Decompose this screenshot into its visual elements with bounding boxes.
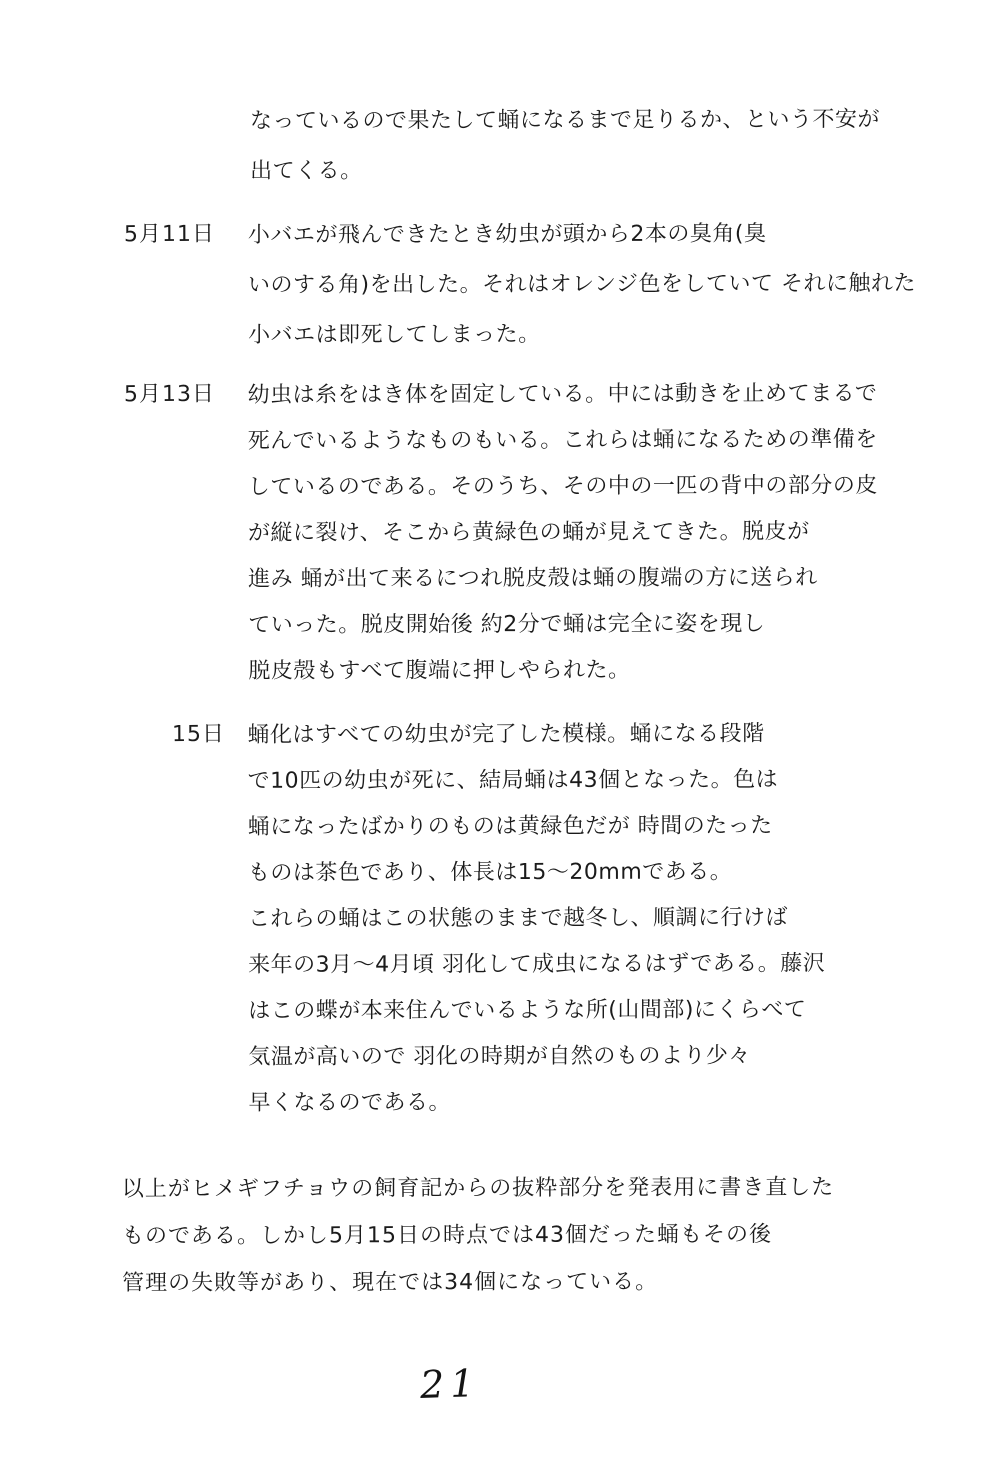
text-line: 小バエは即死してしまった。 <box>248 309 916 361</box>
text-line: 進み 蛹が出て来るにつれ脱皮殻は蛹の腹端の方に送られ <box>248 555 878 603</box>
entry-date-may-11: 5月11日 <box>124 210 215 260</box>
text-line: で10匹の幼虫が死に、結局蛹は43個となった。色は <box>248 757 825 805</box>
text-line: ものである。しかし5月15日の時点では43個だった蛹もその後 <box>122 1211 834 1260</box>
text-line: ものは茶色であり、体長は15〜20mmである。 <box>248 849 825 897</box>
text-line: なっているので果たして蛹になるまで足りるか、という不安が <box>250 95 880 147</box>
entry-date-15: 15日 <box>172 710 225 760</box>
text-line: はこの蝶が本来住んでいるような所(山間部)にくらべて <box>248 987 825 1035</box>
entry-body-15: 蛹化はすべての幼虫が完了した模様。蛹になる段階 で10匹の幼虫が死に、結局蛹は4… <box>247 711 825 1127</box>
text-line: 来年の3月〜4月頃 羽化して成虫になるはずである。藤沢 <box>248 941 825 989</box>
text-line: 死んでいるようなものもいる。これらは蛹になるための準備を <box>248 417 878 465</box>
text-line: 以上がヒメギフチョウの飼育記からの抜粋部分を発表用に書き直した <box>122 1164 834 1213</box>
entry-date-may-13: 5月13日 <box>124 370 215 420</box>
entry-body-may-11: 小バエが飛んできたとき幼虫が頭から2本の臭角(臭 いのする角)を出した。それはオ… <box>248 209 916 361</box>
closing-paragraph: 以上がヒメギフチョウの飼育記からの抜粋部分を発表用に書き直した ものである。しか… <box>122 1164 835 1307</box>
text-line: いのする角)を出した。それはオレンジ色をしていて それに触れた <box>248 259 916 311</box>
text-line: 小バエが飛んできたとき幼虫が頭から2本の臭角(臭 <box>248 209 916 261</box>
text-line: 早くなるのである。 <box>248 1079 825 1127</box>
text-line: しているのである。そのうち、その中の一匹の背中の部分の皮 <box>248 463 878 511</box>
page-number: 21 <box>419 1361 481 1407</box>
text-line: 脱皮殻もすべて腹端に押しやられた。 <box>248 647 878 695</box>
text-line: 幼虫は糸をはき体を固定している。中には動きを止めてまるで <box>248 371 878 419</box>
text-line: 蛹になったばかりのものは黄緑色だが 時間のたった <box>248 803 825 851</box>
text-line: ていった。脱皮開始後 約2分で蛹は完全に姿を現し <box>248 601 878 649</box>
text-line: 気温が高いので 羽化の時期が自然のものより少々 <box>248 1033 825 1081</box>
text-line: 出てくる。 <box>250 145 880 197</box>
text-line: これらの蛹はこの状態のままで越冬し、順調に行けば <box>248 895 825 943</box>
intro-paragraph: なっているので果たして蛹になるまで足りるか、という不安が 出てくる。 <box>250 95 880 197</box>
text-line: 管理の失敗等があり、現在では34個になっている。 <box>122 1258 834 1307</box>
entry-body-may-13: 幼虫は糸をはき体を固定している。中には動きを止めてまるで 死んでいるようなものも… <box>248 371 879 695</box>
text-line: が縦に裂け、そこから黄緑色の蛹が見えてきた。脱皮が <box>248 509 878 557</box>
journal-page: なっているので果たして蛹になるまで足りるか、という不安が 出てくる。 5月11日… <box>0 0 1000 1461</box>
text-line: 蛹化はすべての幼虫が完了した模様。蛹になる段階 <box>247 711 824 759</box>
